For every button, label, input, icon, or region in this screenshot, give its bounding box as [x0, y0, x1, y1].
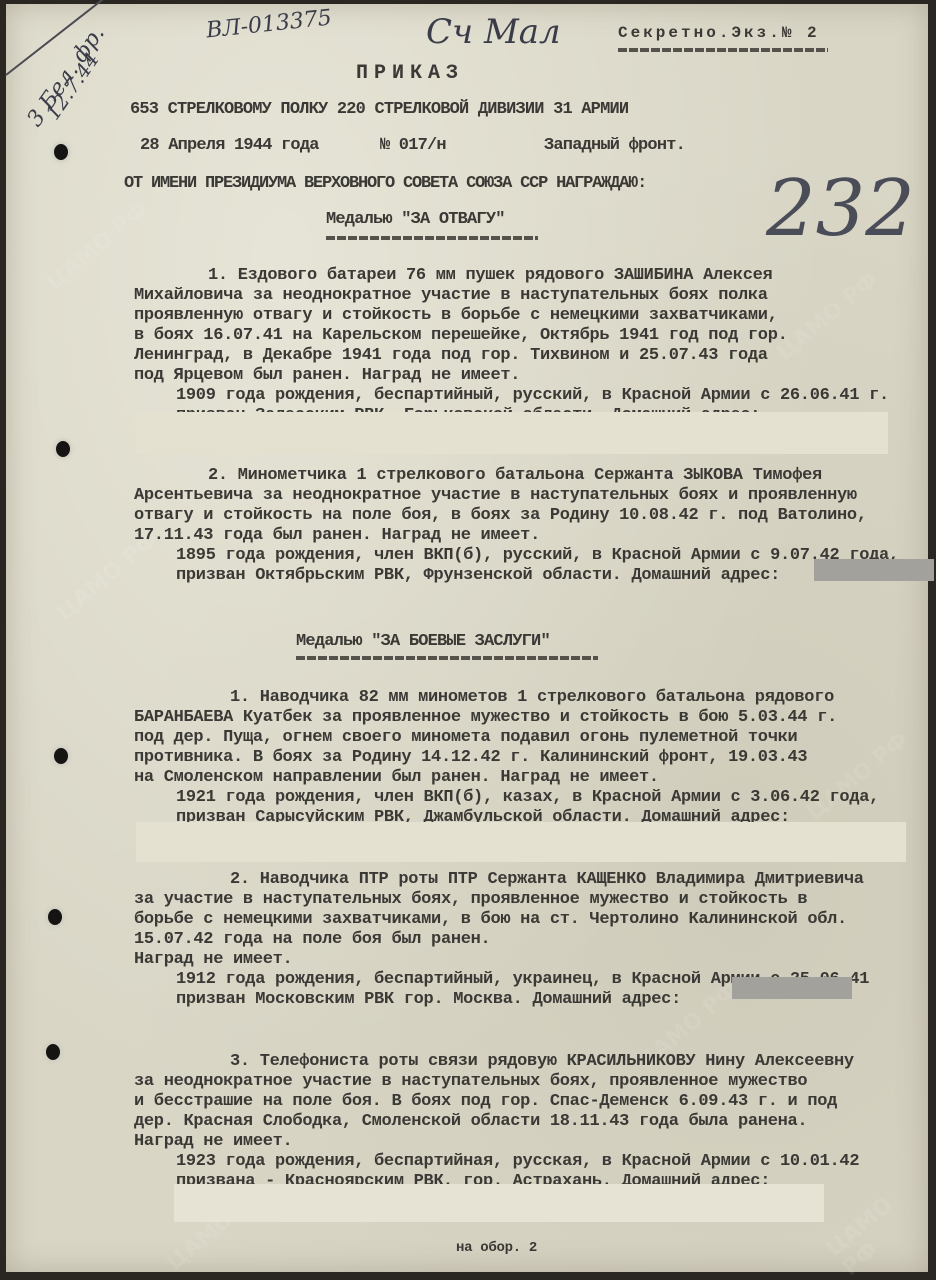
- punch-hole: [46, 1044, 60, 1060]
- award-entry: 3. Телефониста роты связи рядовую КРАСИЛ…: [134, 1052, 924, 1192]
- section-heading-za-otvagu: Медалью "ЗА ОТВАГУ": [326, 210, 505, 229]
- archive-number: ВЛ-013375: [205, 5, 333, 43]
- signature-scribble: Сч Мал: [426, 12, 561, 52]
- page-title: ПРИКАЗ: [356, 62, 464, 85]
- award-entry: 1. Ездового батареи 76 мм пушек рядового…: [134, 266, 924, 426]
- classification-label: Секретно.Экз.№ 2: [618, 24, 820, 42]
- punch-hole: [48, 909, 62, 925]
- continuation-note: на обор. 2: [456, 1240, 537, 1256]
- punch-hole: [54, 144, 68, 160]
- order-number: № 017/н: [380, 136, 446, 155]
- award-entry: 1. Наводчика 82 мм минометов 1 стрелково…: [134, 688, 924, 828]
- preamble: ОТ ИМЕНИ ПРЕЗИДИУМА ВЕРХОВНОГО СОВЕТА СО…: [124, 174, 646, 193]
- section-underline: [296, 656, 598, 660]
- redacted-address: [136, 822, 906, 862]
- handwritten-total: 232: [766, 164, 915, 254]
- redacted-address: [732, 977, 852, 999]
- document-page: ЦАМО РФ ЦАМО РФ ЦАМО РФ ЦАМО РФ ЦАМО РФ …: [6, 4, 928, 1272]
- redacted-address: [136, 412, 888, 454]
- watermark: ЦАМО РФ: [822, 1177, 932, 1280]
- front-name: Западный фронт.: [544, 136, 685, 155]
- award-entry: 2. Минометчика 1 стрелкового батальона С…: [134, 466, 924, 586]
- classification-underline: [618, 48, 828, 52]
- section-underline: [326, 236, 538, 240]
- punch-hole: [56, 441, 70, 457]
- unit-line: 653 СТРЕЛКОВОМУ ПОЛКУ 220 СТРЕЛКОВОЙ ДИВ…: [130, 100, 628, 119]
- section-heading-za-boevye-zaslugi: Медалью "ЗА БОЕВЫЕ ЗАСЛУГИ": [296, 632, 550, 651]
- punch-hole: [54, 748, 68, 764]
- redacted-address: [814, 559, 934, 581]
- order-date: 28 Апреля 1944 года: [140, 136, 319, 155]
- redacted-address: [174, 1184, 824, 1222]
